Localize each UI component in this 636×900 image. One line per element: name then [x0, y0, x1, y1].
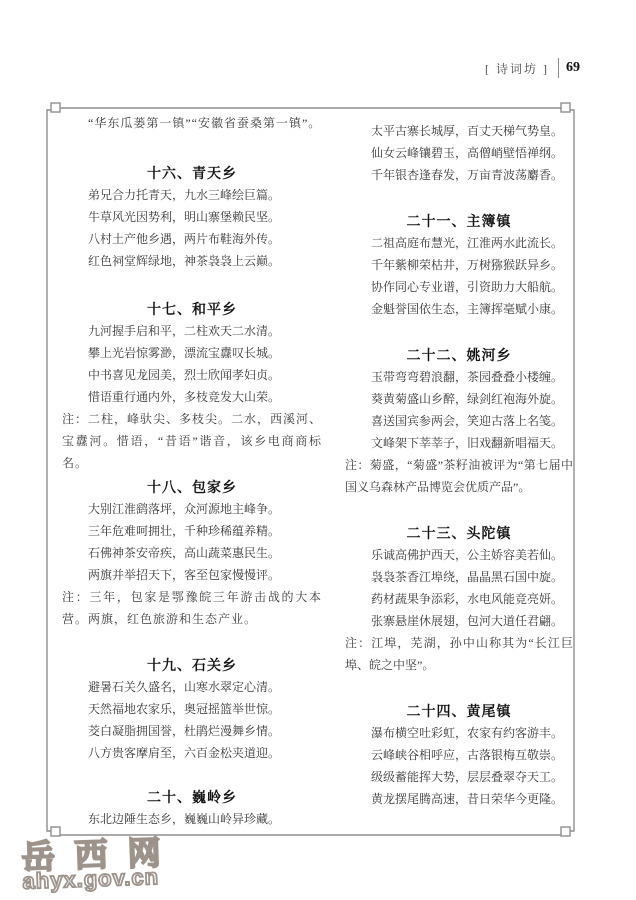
verse-stanza: 太平古寨长城厚，百丈天梯气势皇。仙女云峰镶碧玉，高僧峭壁悟禅纲。千年银杏逢春发，… — [345, 120, 573, 186]
section-heading: 十九、石关乡 — [62, 654, 322, 676]
verse-line: 葵黄菊盛山乡醉，绿剑红袍海外旋。 — [345, 388, 573, 410]
right-column: 太平古寨长城厚，百丈天梯气势皇。仙女云峰镶碧玉，高僧峭壁悟禅纲。千年银杏逢春发，… — [345, 120, 573, 810]
page-number: 69 — [566, 60, 580, 76]
verse-line: 千年紫柳荣枯井，万树猕猴跃异乡。 — [345, 254, 573, 276]
verse-stanza: 乐诚高佛护西天，公主娇容美若仙。袅袅茶香江埠绕，晶晶黑石国中旋。药材蔬果争添彩，… — [345, 544, 573, 632]
verse-line: 千年银杏逢春发，万亩青波荡麝香。 — [345, 164, 573, 186]
verse-stanza: 弟兄合力托青天，九水三峰绘巨篇。牛草风光因势利，明山寨堡赖民坚。八村土产他乡遇，… — [62, 184, 322, 272]
verse-line: 张寨悬崖休展翅，包河大道任君翩。 — [345, 610, 573, 632]
site-watermark: 岳西网 ahyx.gov.cn — [21, 835, 182, 895]
note-text: 注：菊盛，“菊盛”茶籽油被评为“第七届中国义乌森林产品博览会优质产品”。 — [345, 454, 573, 498]
verse-stanza: 瀑布横空吐彩虹，农家有约客游丰。云峰峡谷相呼应，古落银梅互敬崇。级级蓄能挥大势，… — [345, 722, 573, 810]
section-heading: 二十三、头陀镇 — [345, 522, 573, 544]
verse-stanza: 东北边陲生态乡，巍巍山岭异珍藏。 — [62, 808, 322, 830]
verse-line: 乐诚高佛护西天，公主娇容美若仙。 — [345, 544, 573, 566]
verse-stanza: 二祖高庭布慧光，江淮两水此流长。千年紫柳荣枯井，万树猕猴跃异乡。协作同心专业谱，… — [345, 232, 573, 320]
corner-ornament-top-right — [561, 103, 570, 112]
corner-ornament-bottom-right — [561, 827, 570, 836]
verse-line: 中书喜见龙园美，烈士欣闻孝妇贞。 — [62, 364, 322, 386]
verse-line: 八村土产他乡遇，两片布鞋海外传。 — [62, 228, 322, 250]
header-divider — [558, 58, 559, 78]
verse-line: 仙女云峰镶碧玉，高僧峭壁悟禅纲。 — [345, 142, 573, 164]
verse-line: 攀上光岩惊雾渺，漂流宝纛叹长城。 — [62, 342, 322, 364]
verse-stanza: 玉带弯弯碧浪翻，茶园叠叠小楼缠。葵黄菊盛山乡醉，绿剑红袍海外旋。喜送国宾参两会，… — [345, 366, 573, 454]
section-heading: 十七、和平乡 — [62, 298, 322, 320]
page: { "header": { "section_label": "[ 诗词坊 ]"… — [0, 0, 636, 900]
verse-line: 协作同心专业谱，引资助力大船航。 — [345, 276, 573, 298]
section-heading: 二十一、主簿镇 — [345, 210, 573, 232]
section-heading: 十六、青天乡 — [62, 162, 322, 184]
section-heading: 二十二、姚河乡 — [345, 344, 573, 366]
section-heading: 十八、包家乡 — [62, 476, 322, 498]
section-heading: 二十、巍岭乡 — [62, 786, 322, 808]
verse-line: 喜送国宾参两会，笑迎古落上名笺。 — [345, 410, 573, 432]
verse-line: 九河握手启和平，二柱欢天二水清。 — [62, 320, 322, 342]
left-column: “华东瓜蒌第一镇”“安徽省蚕桑第一镇”。十六、青天乡弟兄合力托青天，九水三峰绘巨… — [62, 112, 322, 830]
verse-line: 金魁誉国依生态，主簿挥毫赋小康。 — [345, 298, 573, 320]
section-label: [ 诗词坊 ] — [485, 60, 549, 77]
verse-line: 云峰峡谷相呼应，古落银梅互敬崇。 — [345, 744, 573, 766]
verse-line: 茭白凝脂拥国誉，杜鹃烂漫舞乡情。 — [62, 720, 322, 742]
verse-line: 文峰架下莘莘子，旧戏翻新唱福天。 — [345, 432, 573, 454]
verse-line: 级级蓄能挥大势，层层叠翠夺天工。 — [345, 766, 573, 788]
section-heading: 二十四、黄尾镇 — [345, 700, 573, 722]
verse-line: 天然福地农家乐，奥冠摇篮举世惊。 — [62, 698, 322, 720]
note-text: 注：二柱，峰驮尖、多枝尖。二水，西溪河、宝纛河。惜语，“昔语”谐音，该乡电商商标… — [62, 408, 322, 474]
intro-text: “华东瓜蒌第一镇”“安徽省蚕桑第一镇”。 — [62, 112, 322, 134]
frame-left-line — [47, 110, 51, 831]
verse-line: 二祖高庭布慧光，江淮两水此流长。 — [345, 232, 573, 254]
corner-ornament-bottom-left — [51, 827, 60, 836]
verse-line: 弟兄合力托青天，九水三峰绘巨篇。 — [62, 184, 322, 206]
verse-line: 太平古寨长城厚，百丈天梯气势皇。 — [345, 120, 573, 142]
verse-line: 牛草风光因势利，明山寨堡赖民坚。 — [62, 206, 322, 228]
note-text: 注：三年，包家是鄂豫皖三年游击战的大本营。两旗，红色旅游和生态产业。 — [62, 586, 322, 630]
watermark-site-url: ahyx.gov.cn — [22, 863, 182, 895]
watermark-site-name: 岳西网 — [21, 835, 181, 875]
verse-line: 药材蔬果争添彩，水电风能竞亮妍。 — [345, 588, 573, 610]
verse-stanza: 九河握手启和平，二柱欢天二水清。攀上光岩惊雾渺，漂流宝纛叹长城。中书喜见龙园美，… — [62, 320, 322, 408]
verse-line: 避暑石关久盛名，山寒水翠定心清。 — [62, 676, 322, 698]
page-header: [ 诗词坊 ] 69 — [485, 58, 580, 78]
verse-line: 红色祠堂辉绿地，神茶袅袅上云巅。 — [62, 250, 322, 272]
verse-stanza: 避暑石关久盛名，山寒水翠定心清。天然福地农家乐，奥冠摇篮举世惊。茭白凝脂拥国誉，… — [62, 676, 322, 764]
verse-line: 八方贵客摩肩至，六百金松夹道迎。 — [62, 742, 322, 764]
note-text: 注：江埠，芜湖，孙中山称其为“长江巨埠、皖之中坚”。 — [345, 632, 573, 676]
verse-line: 瀑布横空吐彩虹，农家有约客游丰。 — [345, 722, 573, 744]
verse-stanza: 大别江淮鹞落坪，众河源地主峰争。三年危难呵拥壮，千种珍稀蕴养精。石佛神茶安帝疾，… — [62, 498, 322, 586]
verse-line: 玉带弯弯碧浪翻，茶园叠叠小楼缠。 — [345, 366, 573, 388]
corner-ornament-top-left — [51, 103, 60, 112]
verse-line: 袅袅茶香江埠绕，晶晶黑石国中旋。 — [345, 566, 573, 588]
verse-line: 大别江淮鹞落坪，众河源地主峰争。 — [62, 498, 322, 520]
verse-line: 东北边陲生态乡，巍巍山岭异珍藏。 — [62, 808, 322, 830]
verse-line: 惜语重行通内外，多枝竞发大山荣。 — [62, 386, 322, 408]
verse-line: 三年危难呵拥壮，千种珍稀蕴养精。 — [62, 520, 322, 542]
verse-line: 黄龙摆尾腾高速，昔日荣华今更隆。 — [345, 788, 573, 810]
verse-line: 两旗并举招天下，客至包家慢慢评。 — [62, 564, 322, 586]
verse-line: 石佛神茶安帝疾，高山蔬菜惠民生。 — [62, 542, 322, 564]
